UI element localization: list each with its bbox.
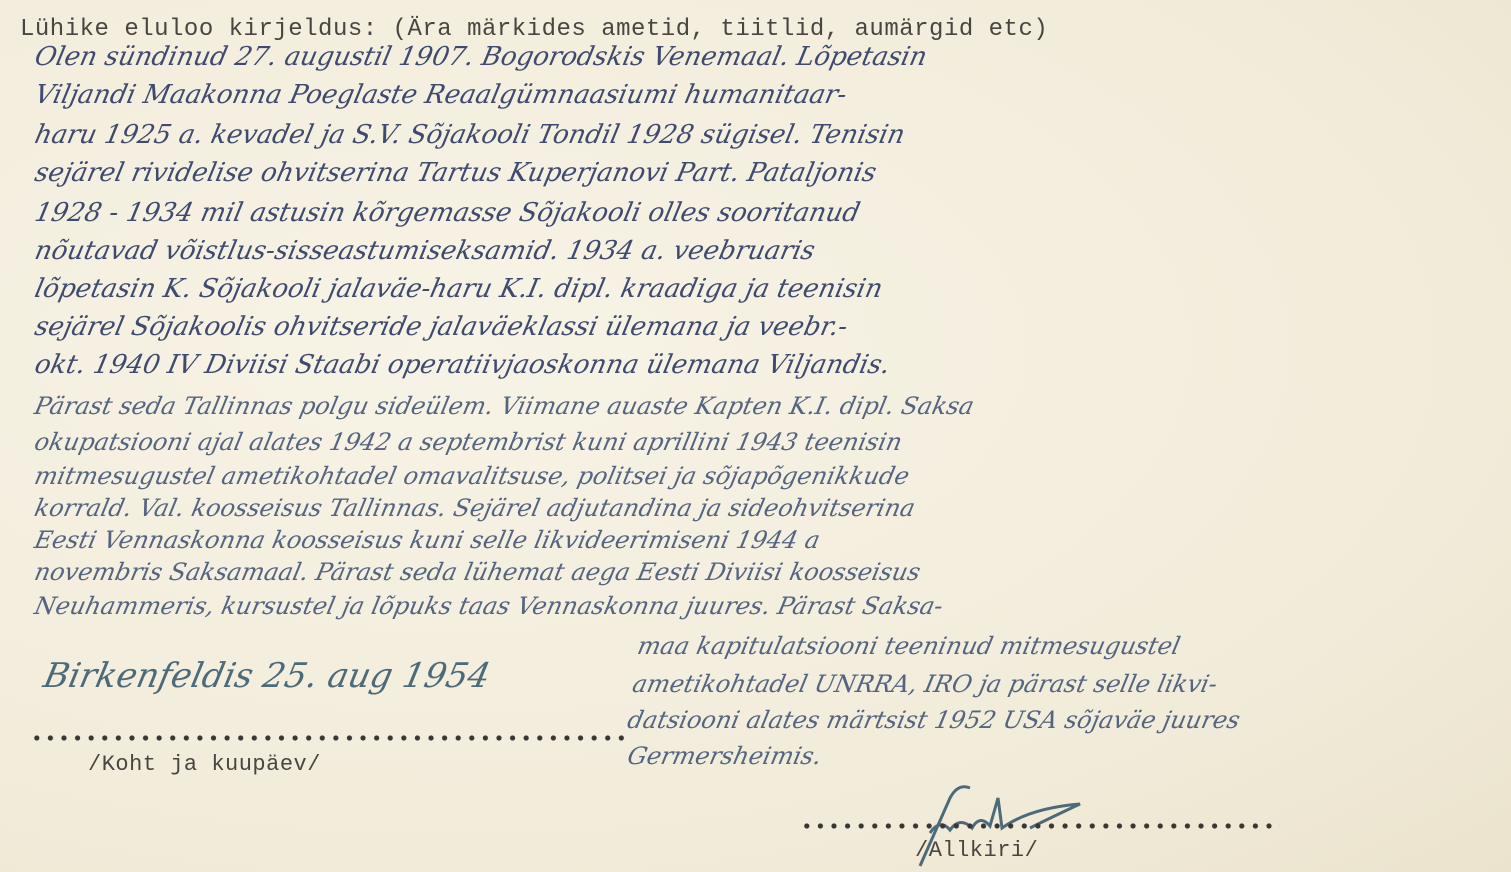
body-line-16: Neuhammeris, kursustel ja lõpuks taas Ve… xyxy=(32,592,946,620)
signature-dotted-line xyxy=(800,822,1280,830)
right-line-4: Germersheimis. xyxy=(625,742,824,770)
place-date-dotted-line xyxy=(30,734,625,742)
body-line-7: lõpetasin K. Sõjakooli jalaväe-haru K.I.… xyxy=(32,274,885,304)
body-line-4: sejärel rividelise ohvitserina Tartus Ku… xyxy=(32,158,879,188)
right-line-3: datsiooni alates märtsist 1952 USA sõjav… xyxy=(625,706,1243,734)
body-line-1: Olen sündinud 27. augustil 1907. Bogorod… xyxy=(32,42,930,72)
body-line-5: 1928 - 1934 mil astusin kõrgemasse Sõjak… xyxy=(32,198,863,228)
body-line-10: Pärast seda Tallinnas polgu sideülem. Vi… xyxy=(32,392,977,420)
body-line-15: novembris Saksamaal. Pärast seda lühemat… xyxy=(32,558,923,586)
body-line-12: mitmesugustel ametikohtadel omavalitsuse… xyxy=(32,462,912,490)
right-line-1: maa kapitulatsiooni teeninud mitmesugust… xyxy=(635,632,1183,660)
scanned-document-page: Lühike eluloo kirjeldus: (Ära märkides a… xyxy=(0,0,1511,872)
body-line-14: Eesti Vennaskonna koosseisus kuni selle … xyxy=(32,526,823,554)
body-line-13: korrald. Val. koosseisus Tallinnas. Sejä… xyxy=(32,494,918,522)
body-line-8: sejärel Sõjakoolis ohvitseride jalaväekl… xyxy=(32,312,850,342)
place-date-handwritten: Birkenfeldis 25. aug 1954 xyxy=(40,656,494,696)
body-line-11: okupatsiooni ajal alates 1942 a septembr… xyxy=(32,428,905,456)
form-header: Lühike eluloo kirjeldus: (Ära märkides a… xyxy=(20,16,1048,43)
place-date-caption: /Koht ja kuupäev/ xyxy=(88,752,321,777)
body-line-9: okt. 1940 IV Diviisi Staabi operatiivjao… xyxy=(32,350,893,380)
signature-caption: /Allkiri/ xyxy=(915,838,1038,863)
body-line-3: haru 1925 a. kevadel ja S.V. Sõjakooli T… xyxy=(32,120,908,150)
body-line-2: Viljandi Maakonna Poeglaste Reaalgümnaas… xyxy=(32,80,850,110)
right-line-2: ametikohtadel UNRRA, IRO ja pärast selle… xyxy=(630,670,1220,698)
body-line-6: nõutavad võistlus-sisseastumiseksamid. 1… xyxy=(32,236,818,266)
